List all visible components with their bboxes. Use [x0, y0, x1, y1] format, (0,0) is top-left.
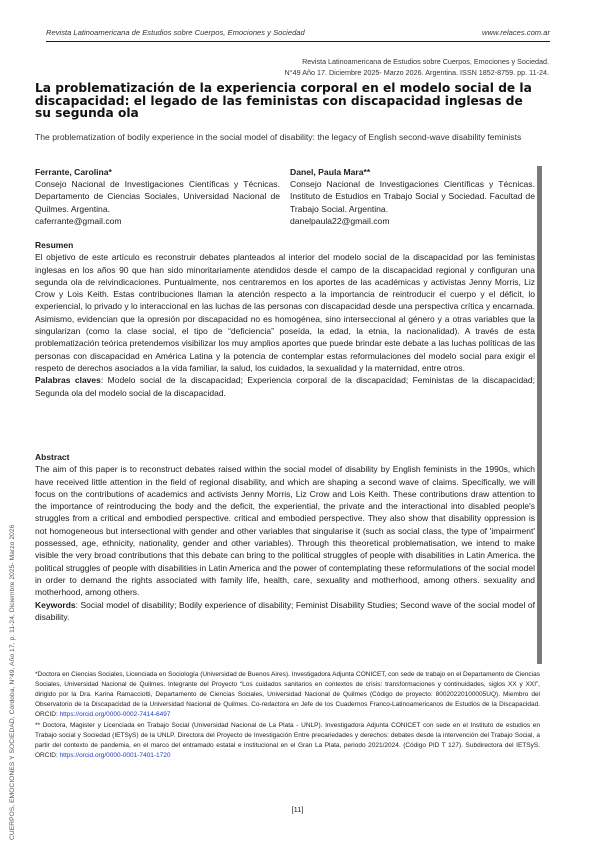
- resumen-body: El objetivo de este artículo es reconstr…: [35, 251, 535, 374]
- author-name: Ferrante, Carolina*: [35, 166, 280, 178]
- keywords-text: : Social model of disability; Bodily exp…: [35, 600, 535, 622]
- footnotes: *Doctora en Ciencias Sociales, Licenciad…: [35, 670, 540, 761]
- footnote-2: ** Doctora, Magister y Licenciada en Tra…: [35, 721, 540, 761]
- article-title: La problematización de la experiencia co…: [35, 82, 540, 120]
- keywords-label: Keywords: [35, 600, 76, 610]
- author-2: Danel, Paula Mara** Consejo Nacional de …: [290, 166, 535, 227]
- abstract-section: Abstract The aim of this paper is to rec…: [35, 451, 535, 623]
- abstract-keywords: Keywords: Social model of disability; Bo…: [35, 599, 535, 624]
- author-affiliation: Consejo Nacional de Investigaciones Cien…: [290, 178, 535, 215]
- author-email[interactable]: caferrante@gmail.com: [35, 215, 280, 227]
- running-header: Revista Latinoamericana de Estudios sobr…: [46, 27, 550, 42]
- citation-block: Revista Latinoamericana de Estudios sobr…: [285, 56, 549, 78]
- side-citation: CUERPOS, EMOCIONES Y SOCIEDAD, Córdoba, …: [9, 525, 16, 840]
- margin-bar: [537, 166, 542, 664]
- orcid-link[interactable]: https://orcid.org/0000-0002-7414-6497: [60, 711, 171, 718]
- abstract-heading: Abstract: [35, 451, 535, 463]
- page-number: [11]: [0, 805, 595, 814]
- author-affiliation: Consejo Nacional de Investigaciones Cien…: [35, 178, 280, 215]
- author-name: Danel, Paula Mara**: [290, 166, 535, 178]
- resumen-keywords: Palabras claves: Modelo social de la dis…: [35, 374, 535, 399]
- author-1: Ferrante, Carolina* Consejo Nacional de …: [35, 166, 280, 227]
- resumen-heading: Resumen: [35, 239, 535, 251]
- journal-name: Revista Latinoamericana de Estudios sobr…: [46, 28, 305, 37]
- citation-line-2: N°49 Año 17. Diciembre 2025- Marzo 2026.…: [285, 67, 549, 78]
- citation-line-1: Revista Latinoamericana de Estudios sobr…: [285, 56, 549, 67]
- orcid-link[interactable]: https://orcid.org/0000-0001-7401-1720: [60, 752, 171, 759]
- journal-website[interactable]: www.relaces.com.ar: [482, 28, 550, 37]
- footnote-1: *Doctora en Ciencias Sociales, Licenciad…: [35, 670, 540, 720]
- author-email[interactable]: danelpaula22@gmail.com: [290, 215, 535, 227]
- resumen-section: Resumen El objetivo de este artículo es …: [35, 239, 535, 399]
- abstract-body: The aim of this paper is to reconstruct …: [35, 463, 535, 598]
- keywords-text: : Modelo social de la discapacidad; Expe…: [35, 375, 535, 397]
- article-subtitle: The problematization of bodily experienc…: [35, 131, 540, 144]
- keywords-label: Palabras claves: [35, 375, 101, 385]
